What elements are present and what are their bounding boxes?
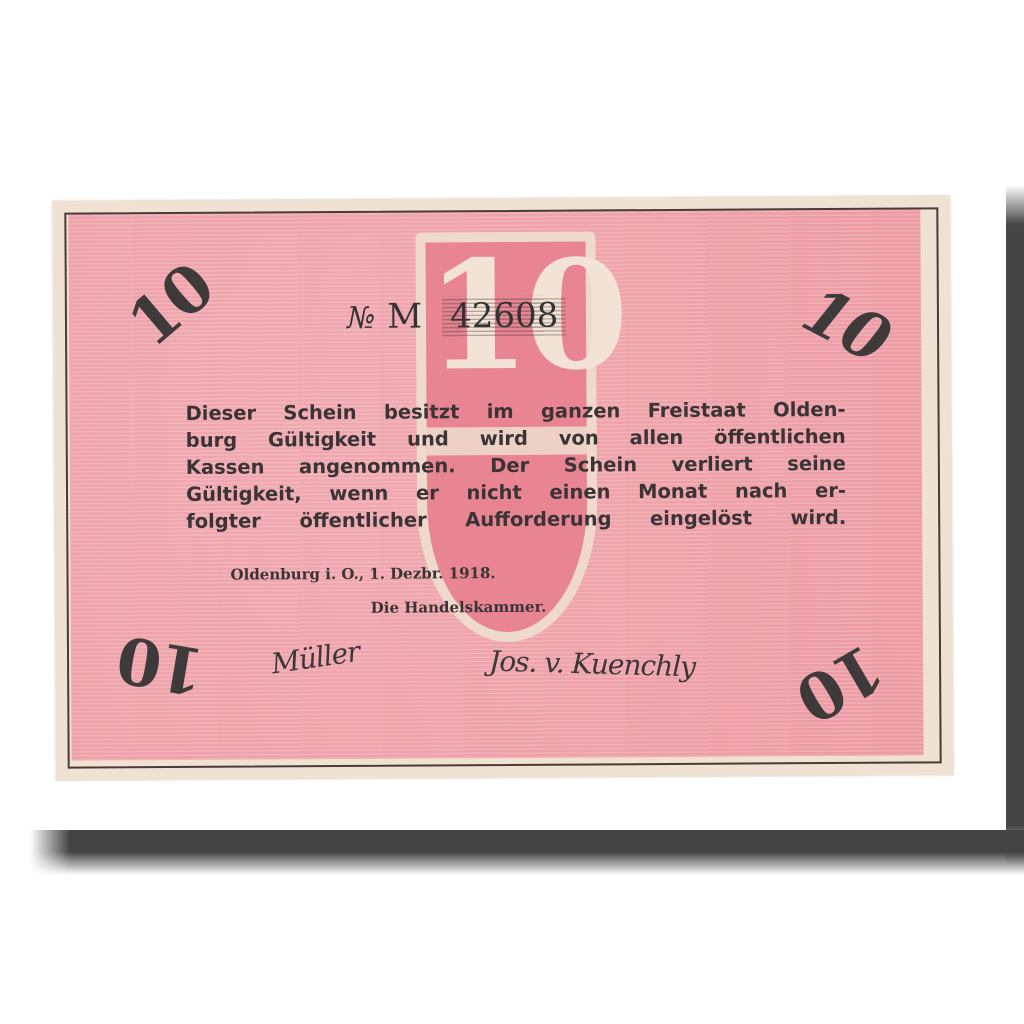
photo-card: 10 10 10 10 10 №M42608 Dieser Schein bes… [0, 0, 1006, 830]
card-shadow-bottom [30, 830, 1024, 875]
card-shadow-right [1006, 185, 1024, 865]
banknote: 10 10 10 10 10 №M42608 Dieser Schein bes… [52, 195, 954, 780]
inner-frame-border [64, 207, 941, 768]
